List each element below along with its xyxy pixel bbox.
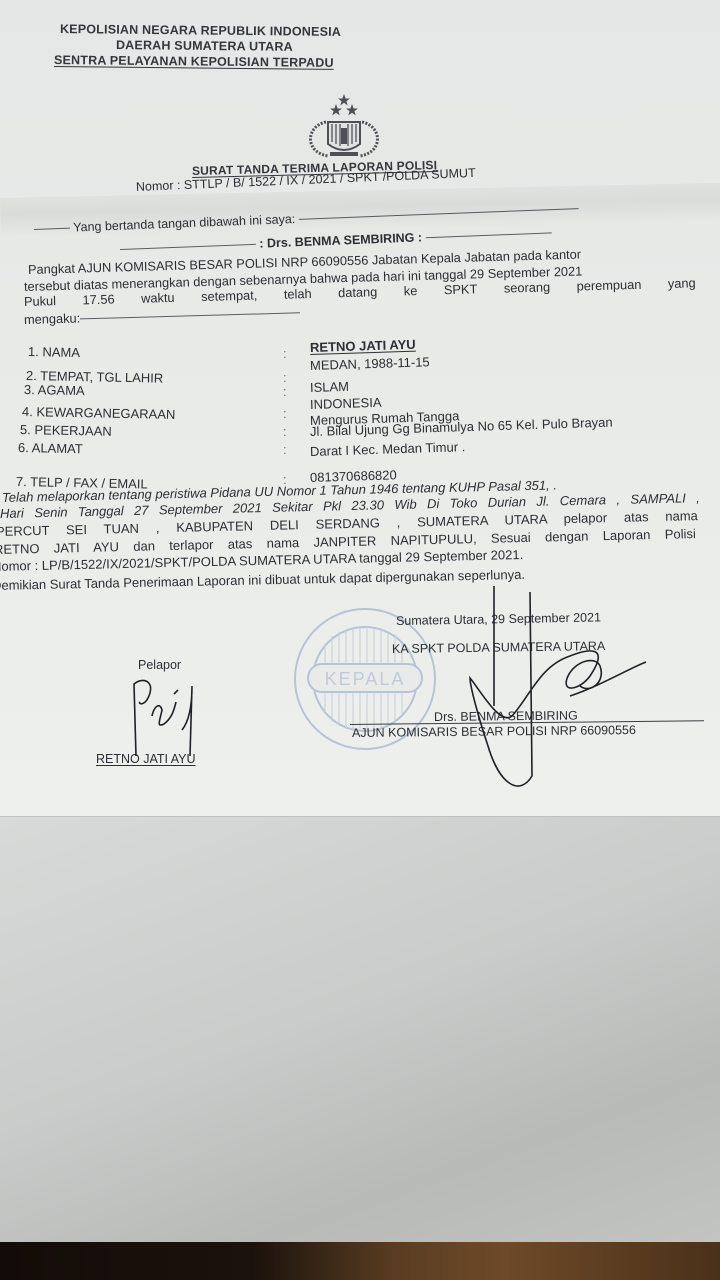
intro-word: seorang [504, 279, 551, 295]
reporter-label: Pelapor [138, 658, 181, 672]
field-label: 3. AGAMA [24, 382, 85, 398]
reporter-signature-icon [120, 672, 210, 762]
field-label: 6. ALAMAT [18, 440, 83, 456]
region-name: DAERAH SUMATERA UTARA [116, 38, 293, 54]
svg-text:KEPALA: KEPALA [325, 669, 406, 689]
field-colon: : [283, 442, 287, 457]
field-value: MEDAN, 1988-11-15 [310, 354, 430, 373]
intro-word: waktu [141, 290, 175, 306]
agency-name: KEPOLISIAN NEGARA REPUBLIK INDONESIA [60, 22, 341, 39]
unit-name: SENTRA PELAYANAN KEPOLISIAN TERPADU [54, 53, 334, 70]
field-value: RETNO JATI AYU [310, 337, 416, 355]
field-colon: : [283, 370, 287, 385]
table-surface [0, 1242, 720, 1280]
field-colon: : [283, 406, 287, 421]
intro-word: 17.56 [82, 291, 114, 307]
reporter-name: RETNO JATI AYU [96, 752, 196, 766]
intro-word: Pukul [24, 293, 56, 309]
intro-word: yang [668, 275, 696, 291]
lower-page-blank [0, 816, 720, 1243]
place-date: Sumatera Utara, 29 September 2021 [396, 610, 601, 628]
intro-word: SPKT [444, 281, 478, 297]
intro-word: setempat, [201, 287, 258, 304]
field-value-continued: Darat I Kec. Medan Timur . [310, 439, 466, 459]
intro-word: ke [404, 283, 418, 298]
field-label: 1. NAMA [28, 344, 80, 360]
intro-word: datang [338, 284, 378, 300]
field-label: 4. KEWARGANEGARAAN [22, 404, 176, 422]
police-emblem-icon [296, 92, 392, 162]
document-page: KEPOLISIAN NEGARA REPUBLIK INDONESIA DAE… [0, 0, 720, 818]
mengaku-label: mengaku: [24, 310, 81, 327]
intro-word: telah [284, 286, 312, 302]
officer-rank: AJUN KOMISARIS BESAR POLISI NRP 66090556 [352, 723, 636, 740]
field-colon: : [283, 346, 287, 361]
field-value: ISLAM [310, 379, 349, 395]
intro-word: perempuan [576, 277, 641, 294]
field-colon: : [283, 424, 287, 439]
signed-below-text: Yang bertanda tangan dibawah ini saya: [73, 212, 296, 235]
field-label: 5. PEKERJAAN [20, 422, 112, 439]
field-value: INDONESIA [310, 395, 382, 412]
office-title: KA SPKT POLDA SUMATERA UTARA [392, 639, 605, 656]
officer-intro-name: : Drs. BENMA SEMBIRING : [259, 230, 422, 250]
field-colon: : [283, 384, 287, 399]
